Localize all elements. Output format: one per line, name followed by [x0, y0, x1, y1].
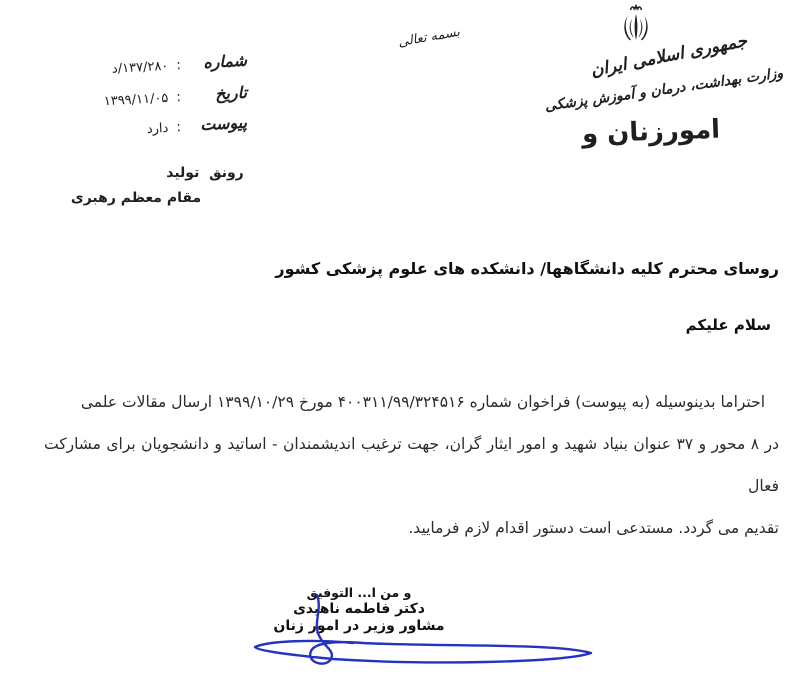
letterhead-ministry-line: وزارت بهداشت، درمان و آموزش پزشکی — [536, 64, 791, 115]
salutation-line: سلام علیکم — [686, 316, 771, 334]
basmala-text: بسمه تعالی — [382, 22, 475, 53]
iran-emblem-icon — [612, 4, 660, 50]
body-line: احتراما بدینوسیله (به پیوست) فراخوان شما… — [44, 381, 779, 423]
recipient-line: روسای محترم کلیه دانشگاهها/ دانشکده های … — [275, 259, 779, 278]
letter-number-row: شماره : ۱۳۷/۲۸۰/د — [45, 51, 248, 81]
number-separator: : — [176, 57, 182, 73]
number-label: شماره — [188, 51, 247, 73]
number-value: ۱۳۷/۲۸۰/د — [112, 59, 169, 77]
date-separator: : — [176, 89, 182, 105]
attachment-separator: : — [176, 119, 182, 135]
body-line: در ۸ محور و ۳۷ عنوان بنیاد شهید و امور ا… — [44, 423, 779, 507]
date-value: ۱۳۹۹/۱۱/۰۵ — [103, 91, 168, 109]
slogan-attribution: مقام معظم رهبری — [56, 190, 216, 206]
official-letter-page: { "page": { "background": "#ffffff", "in… — [0, 0, 791, 674]
attachment-label: پیوست — [188, 113, 247, 135]
letter-attachment-row: پیوست : دارد — [45, 113, 248, 143]
body-line: تقدیم می گردد. مستدعی است دستور اقدام لا… — [44, 507, 779, 549]
attachment-value: دارد — [147, 121, 169, 137]
letter-date-row: تاریخ : ۱۳۹۹/۱۱/۰۵ — [45, 83, 248, 113]
year-slogan: رونق تولید — [148, 165, 262, 181]
date-label: تاریخ — [188, 83, 247, 105]
letter-body: احتراما بدینوسیله (به پیوست) فراخوان شما… — [44, 381, 779, 549]
handwritten-signature — [243, 589, 609, 674]
letterhead-department: امورزنان و — [550, 113, 753, 150]
